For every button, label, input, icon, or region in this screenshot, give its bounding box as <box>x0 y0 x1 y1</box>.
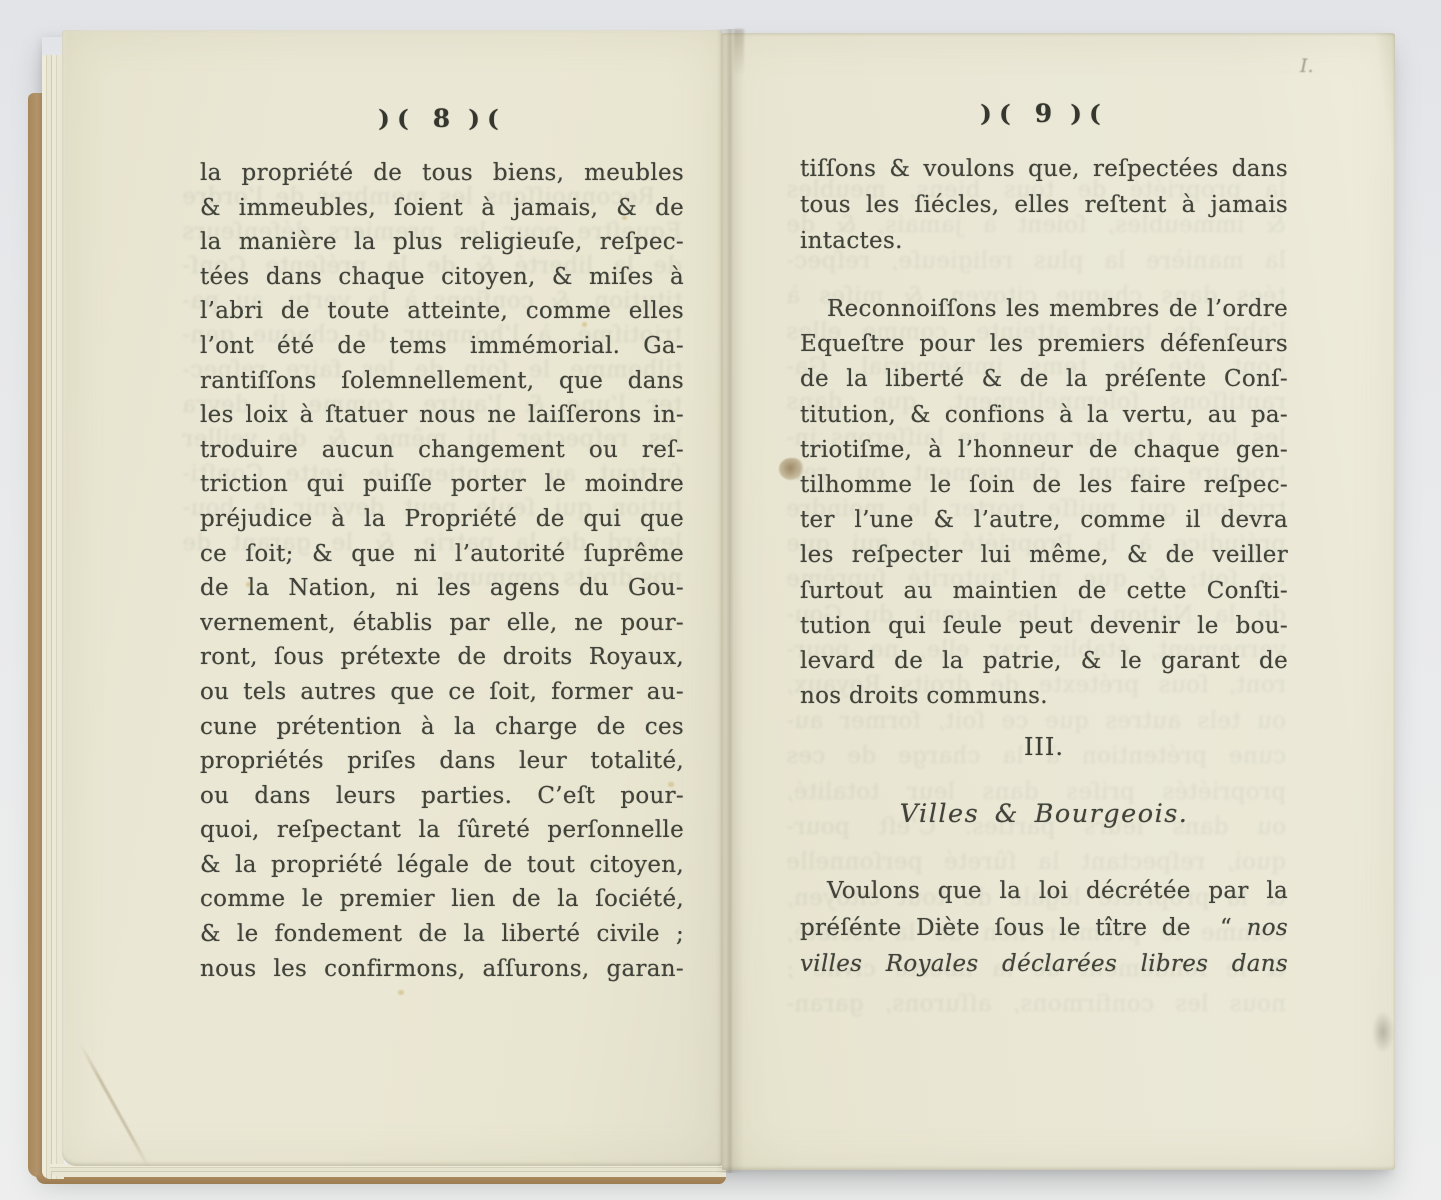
text-line: tiſſons & voulons que, reſpectées dans <box>800 151 1288 187</box>
text-segment: tiſſons & voulons que, reſpectées dans <box>800 156 1288 182</box>
page-stack-edges-left <box>42 55 64 1179</box>
text-line: ront, ſous prétexte de droits Royaux, <box>200 640 684 675</box>
text-segment: triotiſme, à l’honneur de chaque gen- <box>800 437 1288 463</box>
italic-text-segment: villes Royales déclarées libres dans <box>800 951 1288 977</box>
header-ornament-open: )( <box>378 105 416 132</box>
text-line: nos droits communs. <box>800 679 1288 714</box>
text-line: nous les confirmons, aſſurons, garan- <box>200 952 684 987</box>
text-segment: cune prétention à la charge de ces <box>200 714 684 740</box>
text-segment: tilhomme le ſoin de les faire reſpec- <box>800 472 1288 498</box>
left-page-number: 8 <box>433 104 451 133</box>
text-segment: tution qui ſeule peut devenir le bou- <box>800 613 1288 639</box>
text-line: comme le premier lien de la ſociété, <box>200 882 684 917</box>
text-line: vernement, établis par elle, ne pour- <box>200 606 684 641</box>
text-segment: quoi, reſpectant la ſûreté perſonnelle <box>200 817 684 843</box>
text-segment: ou tels autres que ce ſoit, former au- <box>200 679 684 705</box>
section-number: III. <box>800 733 1288 761</box>
text-segment: quoi, reſpectant la ſûreté perſonnelle <box>786 849 1286 875</box>
text-line: quoi, reſpectant la ſûreté perſonnelle <box>200 813 684 848</box>
text-line: tution qui ſeule peut devenir le bou- <box>800 609 1288 644</box>
text-line: tilhomme le ſoin de les faire reſpec- <box>800 468 1288 503</box>
right-page: la propriété de tous biens, meubles& imm… <box>722 33 1395 1170</box>
margin-mark: I. <box>1300 55 1314 77</box>
header-ornament-open: )( <box>980 100 1018 127</box>
text-segment: la manière la plus religieuſe, reſpec- <box>200 229 684 255</box>
text-line: troduire aucun changement ou reſ- <box>200 433 684 468</box>
text-line: ou dans leurs parties. C’eſt pour- <box>200 779 684 814</box>
text-segment: préſénte Diète ſous le tître de “ <box>800 915 1247 941</box>
text-segment: & immeubles, ſoient à jamais, & de <box>200 195 684 221</box>
text-line: & le fondement de la liberté civile ; <box>200 917 684 952</box>
left-page: Reconnoiſſons les membres de l’ordreEque… <box>62 30 722 1166</box>
text-line: levard de la patrie, & le garant de <box>800 644 1288 679</box>
right-page-number: 9 <box>1035 99 1053 128</box>
text-segment: vernement, établis par elle, ne pour- <box>200 610 684 636</box>
paper-crease <box>79 1043 150 1166</box>
foxing-spot <box>668 782 674 787</box>
text-segment: de la Nation, ni les agens du Gou- <box>200 575 684 601</box>
text-line: la manière la plus religieuſe, reſpec- <box>200 225 684 260</box>
text-segment: de la liberté & de la préſente Conſ- <box>800 366 1288 392</box>
text-line: tous les ſiécles, elles reſtent à jamais <box>800 187 1288 223</box>
text-segment: triction qui puiſſe porter le moindre <box>200 471 684 497</box>
text-line: ſurtout au maintien de cette Conſti- <box>800 574 1288 609</box>
text-line: triction qui puiſſe porter le moindre <box>200 467 684 502</box>
text-segment: préjudice à la Propriété de qui que <box>200 506 684 532</box>
text-line: Reconnoiſſons les membres de l’ordre <box>800 292 1288 327</box>
foxing-spot <box>398 990 404 995</box>
text-segment: Equeſtre pour les premiers défenſeurs <box>800 331 1288 357</box>
text-line: de la Nation, ni les agens du Gou- <box>200 571 684 606</box>
text-line: titution, & confions à la vertu, au pa- <box>800 398 1288 433</box>
text-line: intactes. <box>800 223 1288 259</box>
text-line: de la liberté & de la préſente Conſ- <box>800 362 1288 397</box>
text-segment: ter l’une & l’autre, comme il devra <box>800 507 1288 533</box>
text-segment: intactes. <box>800 228 903 254</box>
smudge-mark <box>1372 1011 1394 1053</box>
text-line: préſénte Diète ſous le tître de “ nos <box>800 910 1288 947</box>
italic-text-segment: nos <box>1247 915 1288 941</box>
text-line: tées dans chaque citoyen, & miſes à <box>200 260 684 295</box>
text-segment: troduire aucun changement ou reſ- <box>200 437 684 463</box>
text-segment: comme le premier lien de la ſociété, <box>200 886 684 912</box>
left-page-header: )( 8 )( <box>200 104 684 133</box>
text-segment: nous les confirmons, aſſurons, garan- <box>786 991 1286 1017</box>
text-segment: ſurtout au maintien de cette Conſti- <box>800 578 1288 604</box>
text-segment: levard de la patrie, & le garant de <box>800 648 1288 674</box>
text-line: Equeſtre pour les premiers défenſeurs <box>800 327 1288 362</box>
text-segment: les reſpecter lui même, & de veiller <box>800 542 1288 568</box>
left-page-text-column: la propriété de tous biens, meubles& imm… <box>200 156 684 986</box>
text-line: & la propriété légale de tout citoyen, <box>200 848 684 883</box>
text-segment: rantiſſons ſolemnellement, que dans <box>200 368 684 394</box>
text-line: préjudice à la Propriété de qui que <box>200 502 684 537</box>
text-line: la propriété de tous biens, meubles <box>200 156 684 191</box>
text-segment: ront, ſous prétexte de droits Royaux, <box>200 644 684 670</box>
text-line: propriétés priſes dans leur totalité, <box>200 744 684 779</box>
text-line: cune prétention à la charge de ces <box>200 710 684 745</box>
right-page-paragraph-3: Voulons que la loi décrétée par lapréſén… <box>800 873 1288 983</box>
text-line: l’abri de toute atteinte, comme elles <box>200 294 684 329</box>
header-ornament-close: )( <box>1070 100 1108 127</box>
text-segment: tous les ſiécles, elles reſtent à jamais <box>800 192 1288 218</box>
text-segment: titution, & confions à la vertu, au pa- <box>800 402 1288 428</box>
book: Reconnoiſſons les membres de l’ordreEque… <box>28 25 1397 1185</box>
gutter-top-notch <box>734 29 744 75</box>
text-line: & immeubles, ſoient à jamais, & de <box>200 191 684 226</box>
text-line: nous les confirmons, aſſurons, garan- <box>786 987 1286 1022</box>
right-page-header: )( 9 )( <box>800 99 1288 128</box>
foxing-spot <box>246 582 251 587</box>
foxing-spot <box>582 322 587 327</box>
text-segment: la propriété de tous biens, meubles <box>200 160 684 186</box>
text-line: ce ſoit; & que ni l’autorité ſuprême <box>200 537 684 572</box>
text-segment: l’abri de toute atteinte, comme elles <box>200 298 684 324</box>
text-segment: & le fondement de la liberté civile ; <box>200 921 684 947</box>
text-line: les loix à ſtatuer nous ne laiſſerons in… <box>200 398 684 433</box>
text-segment: les loix à ſtatuer nous ne laiſſerons in… <box>200 402 684 428</box>
text-segment: & la propriété légale de tout citoyen, <box>200 852 684 878</box>
foxing-spot <box>622 216 627 220</box>
header-ornament-close: )( <box>468 105 506 132</box>
section-heading: Villes & Bourgeois. <box>800 799 1288 829</box>
text-line: Voulons que la loi décrétée par la <box>800 873 1288 910</box>
text-segment: nos droits communs. <box>800 683 1048 709</box>
text-segment: nous les confirmons, aſſurons, garan- <box>200 956 684 982</box>
right-page-paragraph-1: tiſſons & voulons que, reſpectées dansto… <box>800 151 1288 259</box>
text-segment: Reconnoiſſons les membres de l’ordre <box>827 296 1288 322</box>
text-line: rantiſſons ſolemnellement, que dans <box>200 364 684 399</box>
text-segment: propriétés priſes dans leur totalité, <box>200 748 684 774</box>
text-line: triotiſme, à l’honneur de chaque gen- <box>800 433 1288 468</box>
text-line: ou tels autres que ce ſoit, former au- <box>200 675 684 710</box>
text-segment: ou dans leurs parties. C’eſt pour- <box>200 783 684 809</box>
text-segment: tées dans chaque citoyen, & miſes à <box>200 264 684 290</box>
photo-background: Reconnoiſſons les membres de l’ordreEque… <box>0 0 1441 1200</box>
text-segment: ce ſoit; & que ni l’autorité ſuprême <box>200 541 684 567</box>
text-segment: l’ont été de tems immémorial. Ga- <box>200 333 684 359</box>
text-line: les reſpecter lui même, & de veiller <box>800 538 1288 573</box>
text-line: villes Royales déclarées libres dans <box>800 946 1288 983</box>
text-segment: Voulons que la loi décrétée par la <box>827 878 1288 904</box>
text-line: l’ont été de tems immémorial. Ga- <box>200 329 684 364</box>
text-line: ter l’une & l’autre, comme il devra <box>800 503 1288 538</box>
right-page-paragraph-2: Reconnoiſſons les membres de l’ordreEque… <box>800 292 1288 714</box>
